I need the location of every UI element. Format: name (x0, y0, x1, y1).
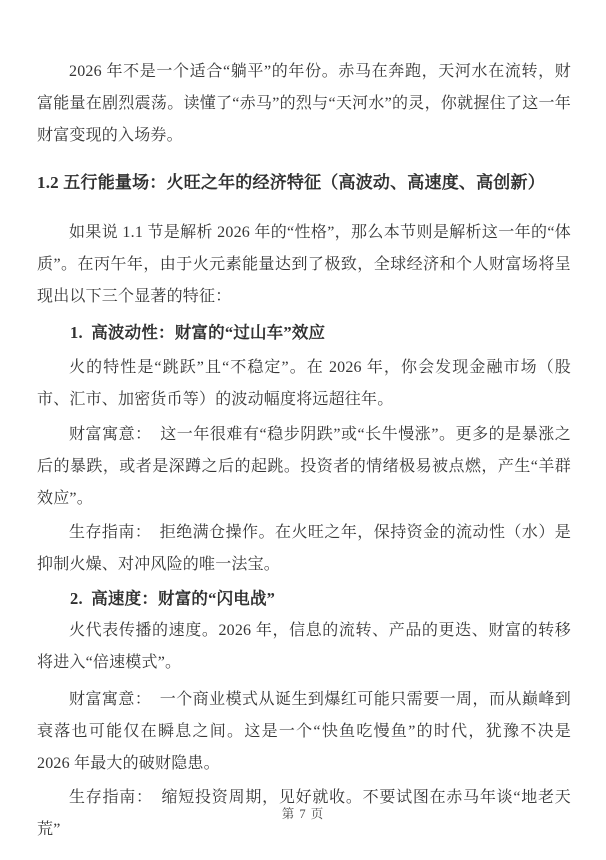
item-1-wealth-meaning-paragraph: 财富寓意： 这一年很难有“稳步阴跌”或“长牛慢涨”。更多的是暴涨之后的暴跌，或者… (37, 419, 571, 515)
page-content: 2026 年不是一个适合“躺平”的年份。赤马在奔跑，天河水在流转，财富能量在剧烈… (37, 0, 571, 846)
item-2-heading: 2. 高速度：财富的“闪电战” (37, 583, 571, 615)
section-lead-paragraph: 如果说 1.1 节是解析 2026 年的“性格”，那么本节则是解析这一年的“体质… (37, 217, 571, 313)
item-1-survival-guide-paragraph: 生存指南： 拒绝满仓操作。在火旺之年，保持资金的流动性（水）是抑制火燥、对冲风险… (37, 517, 571, 581)
item-2-body-paragraph: 火代表传播的速度。2026 年，信息的流转、产品的更迭、财富的转移将进入“倍速模… (37, 615, 571, 679)
item-1-heading: 1. 高波动性：财富的“过山车”效应 (37, 317, 571, 349)
page-number-label: 第 7 页 (282, 807, 325, 821)
intro-paragraph: 2026 年不是一个适合“躺平”的年份。赤马在奔跑，天河水在流转，财富能量在剧烈… (37, 56, 571, 152)
document-page: 2026 年不是一个适合“躺平”的年份。赤马在奔跑，天河水在流转，财富能量在剧烈… (0, 0, 606, 860)
page-footer: 第 7 页 (0, 806, 606, 822)
item-1-body-paragraph: 火的特性是“跳跃”且“不稳定”。在 2026 年，你会发现金融市场（股市、汇市、… (37, 352, 571, 416)
section-1-2-heading: 1.2 五行能量场：火旺之年的经济特征（高波动、高速度、高创新） (37, 167, 571, 199)
item-2-wealth-meaning-paragraph: 财富寓意： 一个商业模式从诞生到爆红可能只需要一周，而从巅峰到衰落也可能仅在瞬息… (37, 684, 571, 780)
